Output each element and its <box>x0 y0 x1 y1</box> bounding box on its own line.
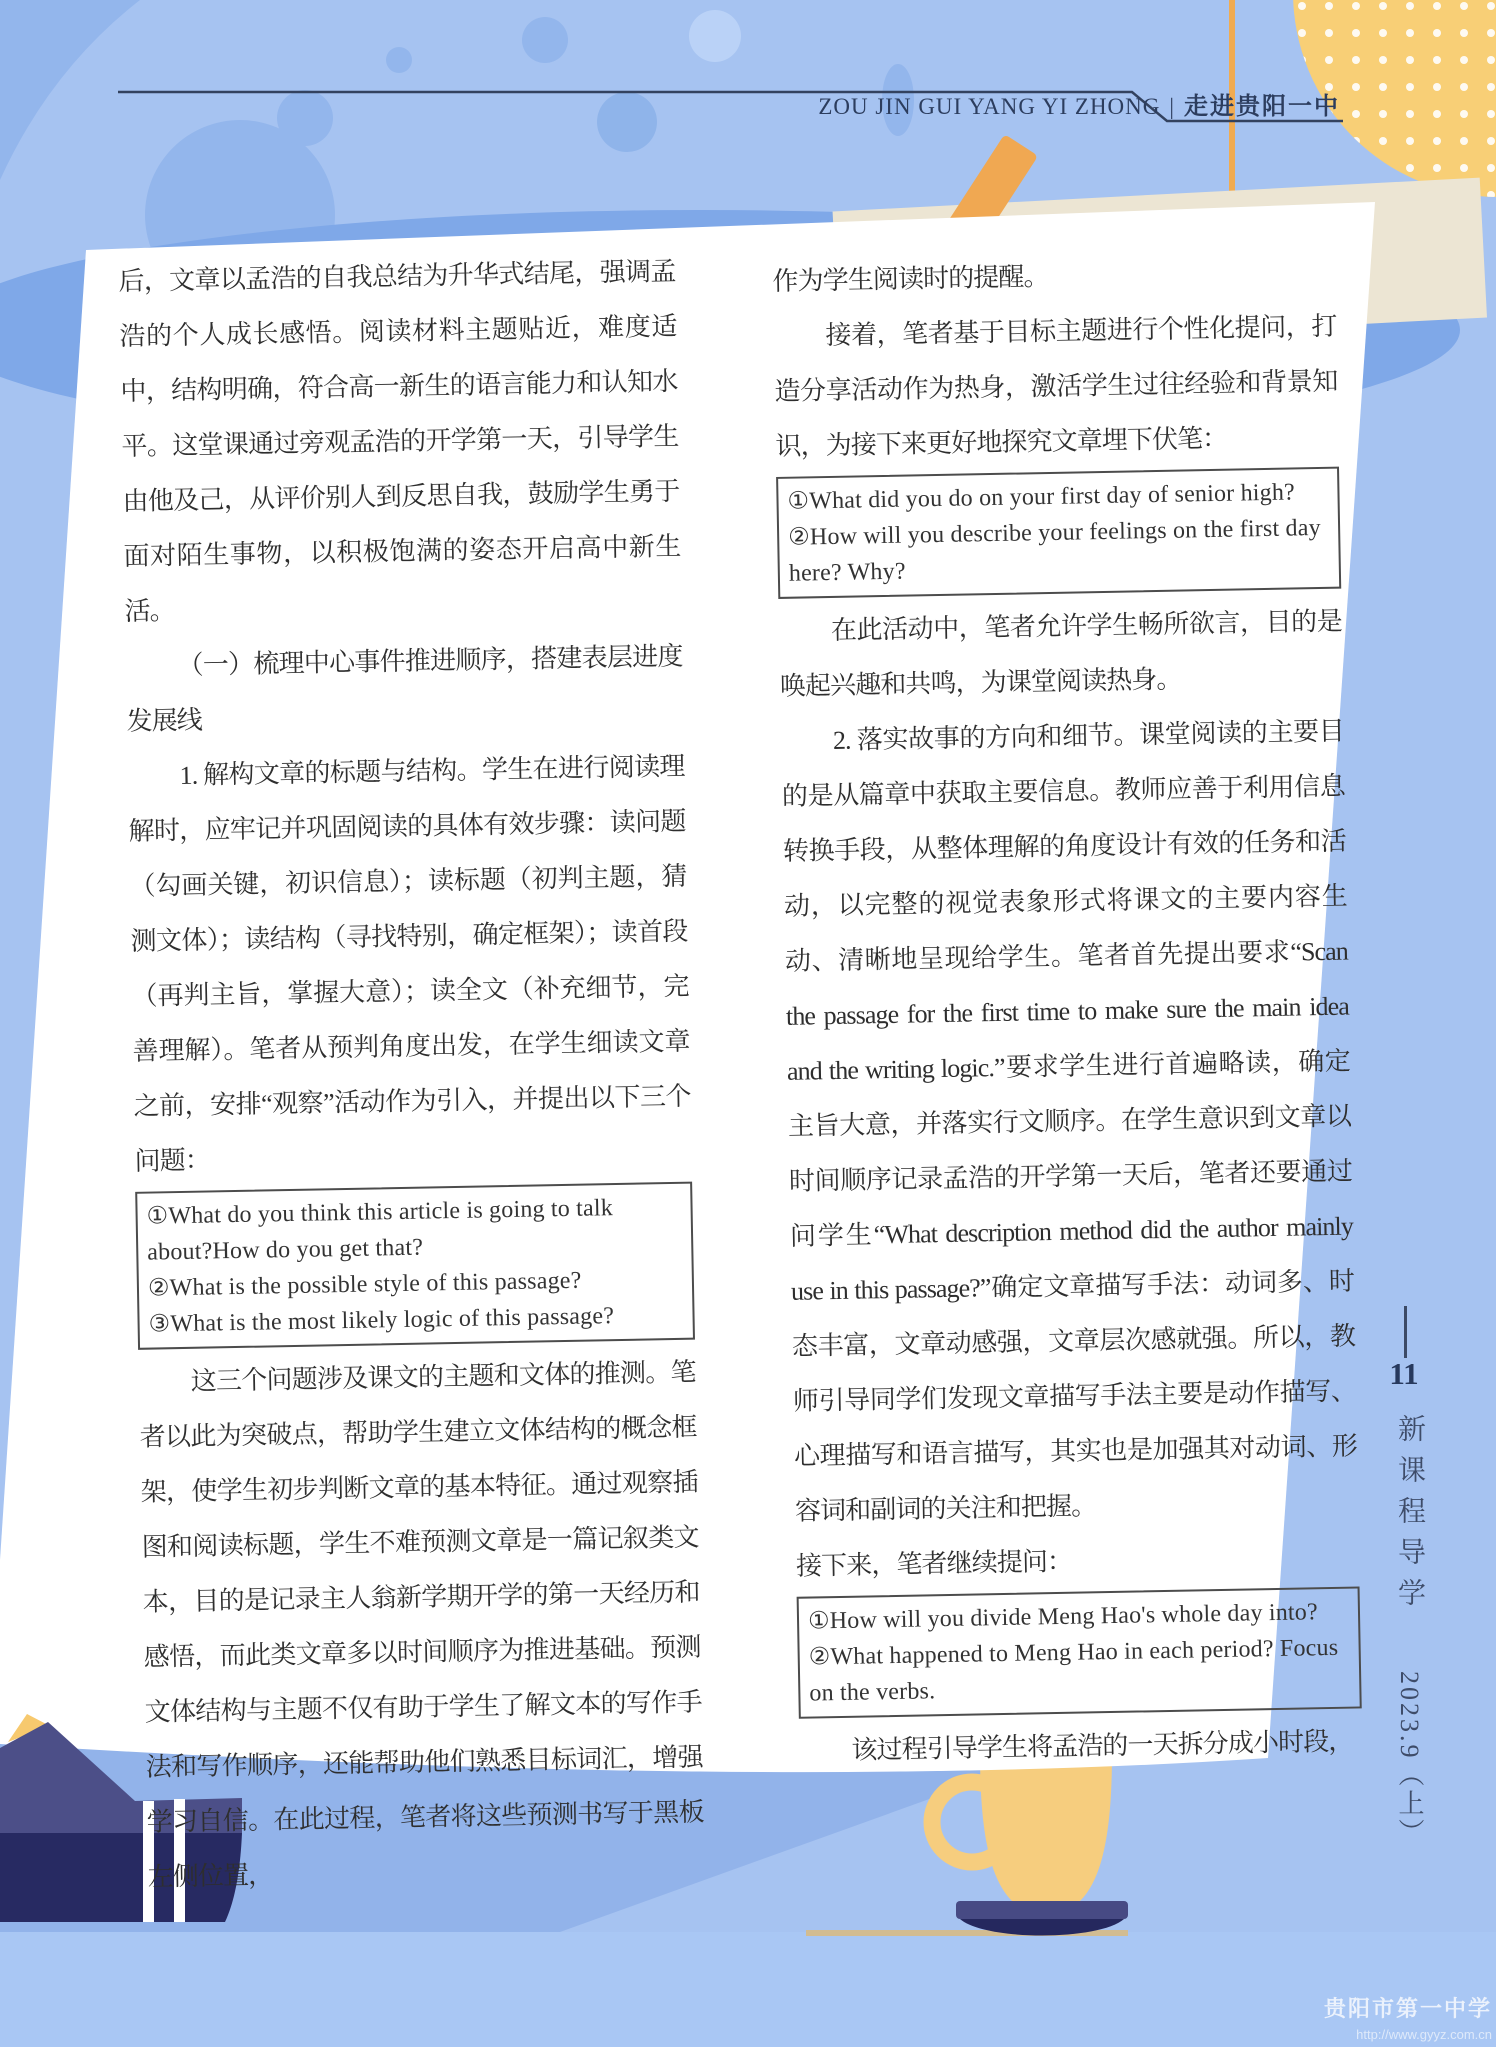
left-text-column: 后，文章以孟浩的自我总结为升华式结尾，强调孟浩的个人成长感悟。阅读材料主题贴近，… <box>118 244 705 1905</box>
paragraph: 作为学生阅读时的提醒。 <box>772 244 1336 309</box>
paragraph: 2. 落实故事的方向和细节。课堂阅读的主要目的是从篇章中获取主要信息。教师应善于… <box>780 704 1358 1539</box>
paragraph: 接下来，笔者继续提问： <box>796 1528 1360 1593</box>
question-line: ②How will you describe your feelings on … <box>788 510 1330 592</box>
paragraph: 该过程引导学生将孟浩的一天拆分成小时段， <box>799 1713 1363 1778</box>
journal-issue-vertical: 2023.9（上） <box>1395 1671 1424 1848</box>
paragraph: 这三个问题涉及课文的主题和文体的推测。笔者以此为突破点，帮助学生建立文体结构的概… <box>138 1345 705 1905</box>
coffee-cup-illustration <box>932 1752 1128 1936</box>
sidebar-dash <box>1404 1306 1407 1358</box>
right-text-column: 作为学生阅读时的提醒。 接着，笔者基于目标主题进行个性化提问，打造分享活动作为热… <box>772 244 1363 1779</box>
watermark: 贵阳市第一中学 http://www.gyyz.com.cn <box>1152 1992 1492 2042</box>
page-number: 11 <box>1382 1356 1426 1392</box>
header-separator: | <box>1169 94 1175 119</box>
paragraph: 后，文章以孟浩的自我总结为升华式结尾，强调孟浩的个人成长感悟。阅读材料主题贴近，… <box>118 244 682 639</box>
paragraph: 在此活动中，笔者允许学生畅所欲言，目的是唤起兴趣和共鸣，为课堂阅读热身。 <box>778 594 1343 714</box>
header-journal-cn: 走进贵阳一中 <box>1184 94 1340 120</box>
paragraph: 接着，笔者基于目标主题进行个性化提问，打造分享活动作为热身，激活学生过往经验和背… <box>773 299 1339 474</box>
question-box-3: ①How will you divide Meng Hao's whole da… <box>797 1586 1362 1718</box>
question-line: ①What do you think this article is going… <box>146 1189 682 1271</box>
question-box-1: ①What do you think this article is going… <box>135 1182 695 1350</box>
magazine-page: ZOU JIN GUI YANG YI ZHONG|走进贵阳一中 后，文章以孟浩… <box>0 0 1496 2047</box>
journal-name-vertical: 新课程导学 <box>1394 1414 1425 1619</box>
paragraph: 1. 解构文章的标题与结构。学生在进行阅读理解时，应牢记并巩固阅读的具体有效步骤… <box>127 739 692 1189</box>
question-line: ②What happened to Meng Hao in each perio… <box>808 1630 1350 1712</box>
header-journal-en: ZOU JIN GUI YANG YI ZHONG <box>818 94 1160 119</box>
page-header: ZOU JIN GUI YANG YI ZHONG|走进贵阳一中 <box>640 86 1340 121</box>
sidebar-journal-vertical: 新课程导学 2023.9（上） <box>1389 1414 1429 2034</box>
watermark-school-name: 贵阳市第一中学 <box>1152 1992 1492 2023</box>
watermark-url: http://www.gyyz.com.cn <box>1152 2027 1492 2042</box>
section-heading: （一）梳理中心事件推进顺序，搭建表层进度发展线 <box>125 629 684 749</box>
question-box-2: ①What did you do on your first day of se… <box>776 467 1341 599</box>
